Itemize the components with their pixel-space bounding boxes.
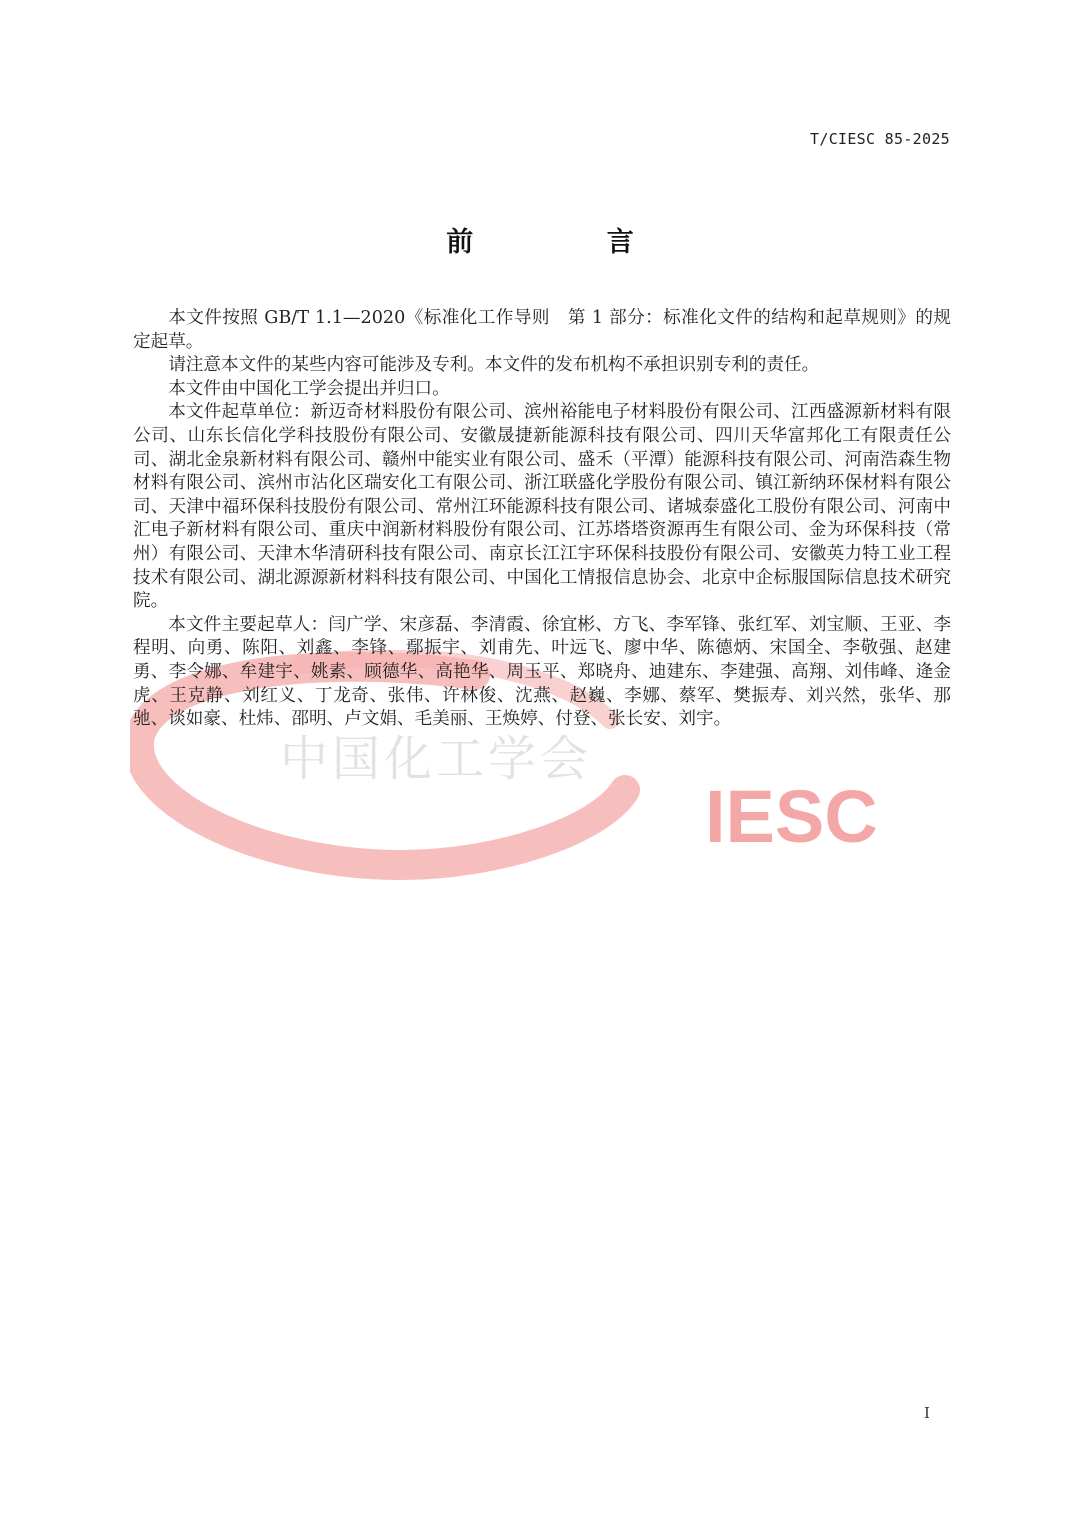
paragraph-drafting-rules: 本文件按照 GB/T 1.1—2020《标准化工作导则 第 1 部分：标准化文件… xyxy=(133,307,951,354)
watermark-en-text: IESC xyxy=(705,775,878,858)
paragraph-patent-notice: 请注意本文件的某些内容可能涉及专利。本文件的发布机构不承担识别专利的责任。 xyxy=(133,354,951,378)
foreword-body: 本文件按照 GB/T 1.1—2020《标准化工作导则 第 1 部分：标准化文件… xyxy=(133,307,951,732)
page-number: I xyxy=(924,1404,930,1422)
paragraph-proposer: 本文件由中国化工学会提出并归口。 xyxy=(133,378,951,402)
document-id: T/CIESC 85-2025 xyxy=(810,130,950,148)
watermark-cn-text: 中国化工学会 xyxy=(280,731,592,787)
page-title: 前 言 xyxy=(0,220,1080,259)
paragraph-drafters: 本文件主要起草人：闫广学、宋彦磊、李清霞、徐宜彬、方飞、李军锋、张红军、刘宝顺、… xyxy=(133,614,951,732)
paragraph-drafting-units: 本文件起草单位：新迈奇材料股份有限公司、滨州裕能电子材料股份有限公司、江西盛源新… xyxy=(133,401,951,613)
document-page: T/CIESC 85-2025 前 言 中国化工学会 IESC 本文件按照 GB… xyxy=(0,0,1080,1527)
